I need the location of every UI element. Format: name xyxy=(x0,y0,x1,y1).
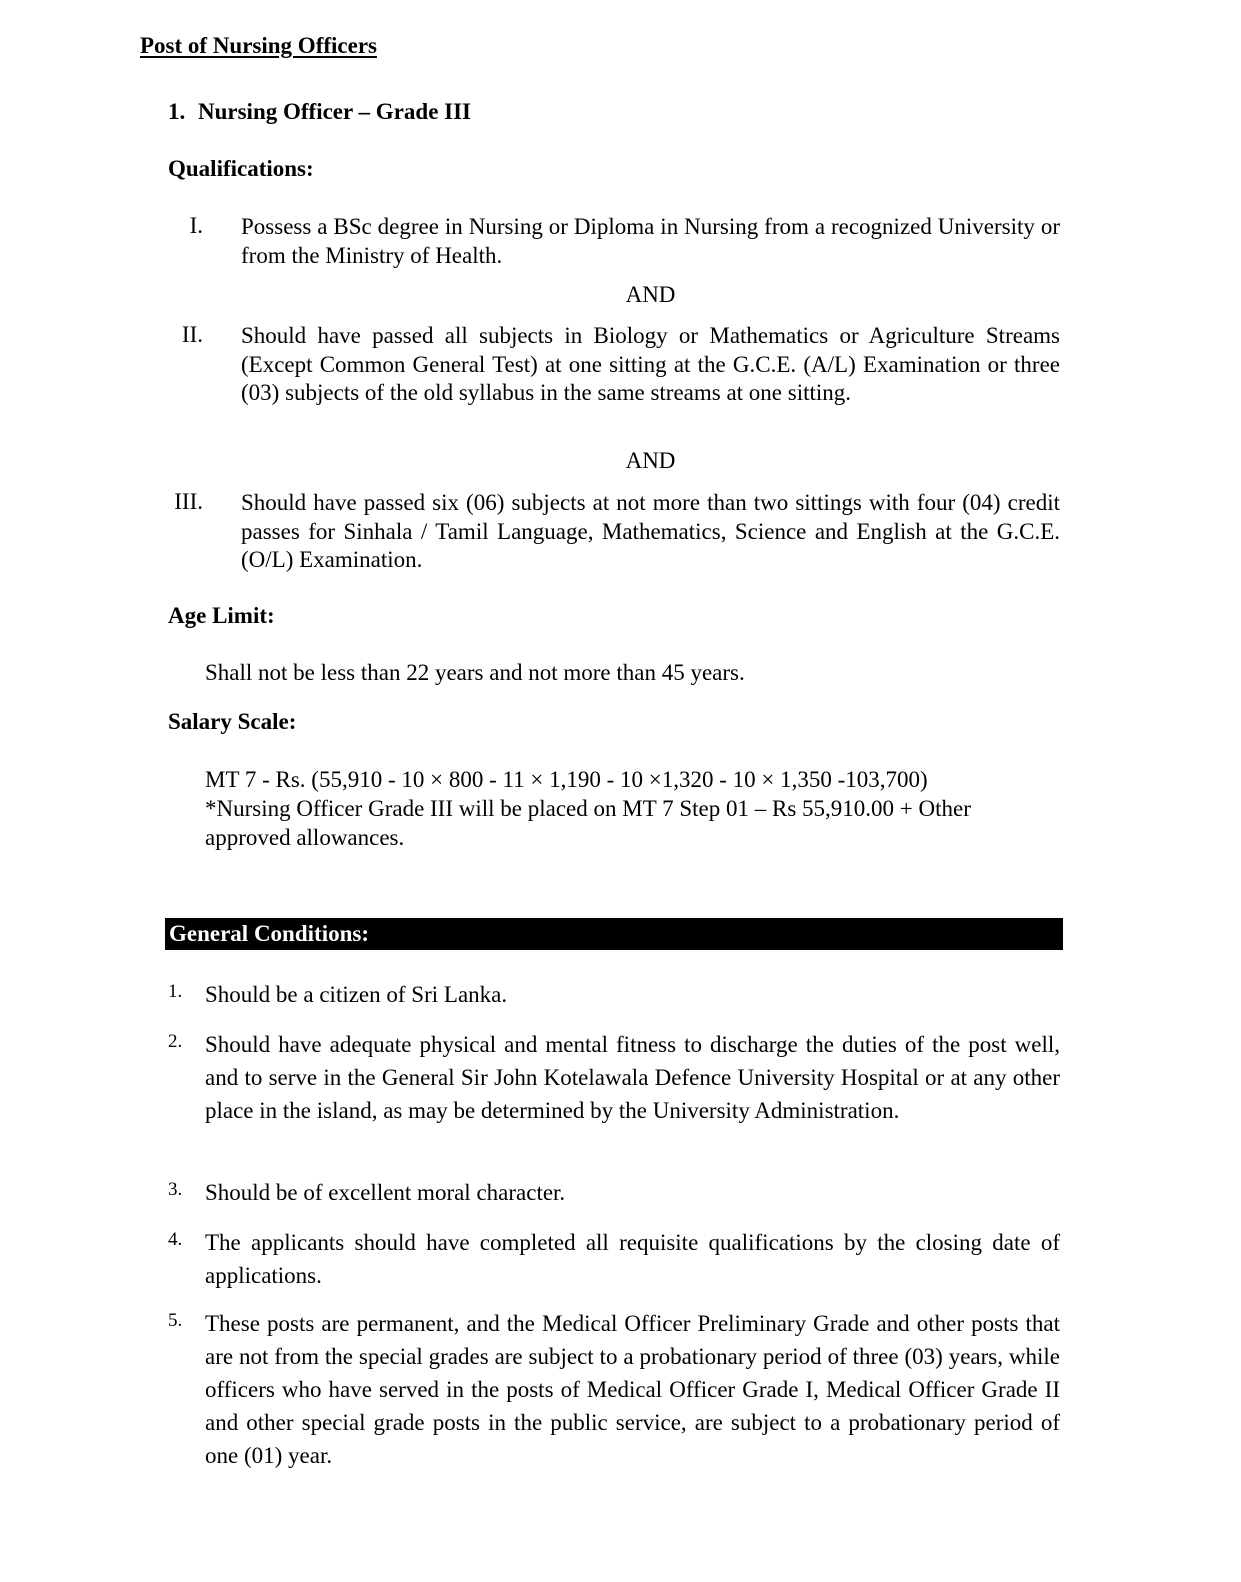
age-limit-heading: Age Limit: xyxy=(168,603,275,629)
qualification-text: Possess a BSc degree in Nursing or Diplo… xyxy=(241,213,1060,270)
condition-text: Should be of excellent moral character. xyxy=(205,1176,1060,1209)
post-number: 1. xyxy=(168,99,198,125)
qualification-item: I. Possess a BSc degree in Nursing or Di… xyxy=(168,213,1060,270)
condition-number: 2. xyxy=(168,1028,205,1127)
condition-number: 4. xyxy=(168,1226,205,1292)
condition-item: 1. Should be a citizen of Sri Lanka. xyxy=(168,978,1060,1011)
qualification-numeral: II. xyxy=(168,322,241,408)
condition-text: The applicants should have completed all… xyxy=(205,1226,1060,1292)
qualification-text: Should have passed all subjects in Biolo… xyxy=(241,322,1060,408)
condition-text: Should have adequate physical and mental… xyxy=(205,1028,1060,1127)
qualification-numeral: III. xyxy=(168,489,241,575)
qualification-numeral: I. xyxy=(168,213,241,270)
condition-text: These posts are permanent, and the Medic… xyxy=(205,1307,1060,1472)
condition-number: 3. xyxy=(168,1176,205,1209)
salary-scale-heading: Salary Scale: xyxy=(168,709,296,735)
qualification-item: II. Should have passed all subjects in B… xyxy=(168,322,1060,408)
and-connector: AND xyxy=(241,448,1060,474)
post-heading: 1.Nursing Officer – Grade III xyxy=(168,99,471,125)
document-title: Post of Nursing Officers xyxy=(140,33,377,59)
qualifications-heading: Qualifications: xyxy=(168,156,314,182)
salary-scale-formula: MT 7 - Rs. (55,910 - 10 × 800 - 11 × 1,1… xyxy=(205,766,1065,795)
condition-text: Should be a citizen of Sri Lanka. xyxy=(205,978,1060,1011)
condition-number: 5. xyxy=(168,1307,205,1472)
and-connector: AND xyxy=(241,282,1060,308)
qualification-item: III. Should have passed six (06) subject… xyxy=(168,489,1060,575)
condition-item: 5. These posts are permanent, and the Me… xyxy=(168,1307,1060,1472)
general-conditions-heading: General Conditions: xyxy=(165,918,1063,950)
condition-number: 1. xyxy=(168,978,205,1011)
salary-scale-note: *Nursing Officer Grade III will be place… xyxy=(205,795,1045,852)
condition-item: 4. The applicants should have completed … xyxy=(168,1226,1060,1292)
post-name: Nursing Officer – Grade III xyxy=(198,99,471,124)
qualification-text: Should have passed six (06) subjects at … xyxy=(241,489,1060,575)
condition-item: 2. Should have adequate physical and men… xyxy=(168,1028,1060,1127)
condition-item: 3. Should be of excellent moral characte… xyxy=(168,1176,1060,1209)
age-limit-text: Shall not be less than 22 years and not … xyxy=(205,659,745,688)
